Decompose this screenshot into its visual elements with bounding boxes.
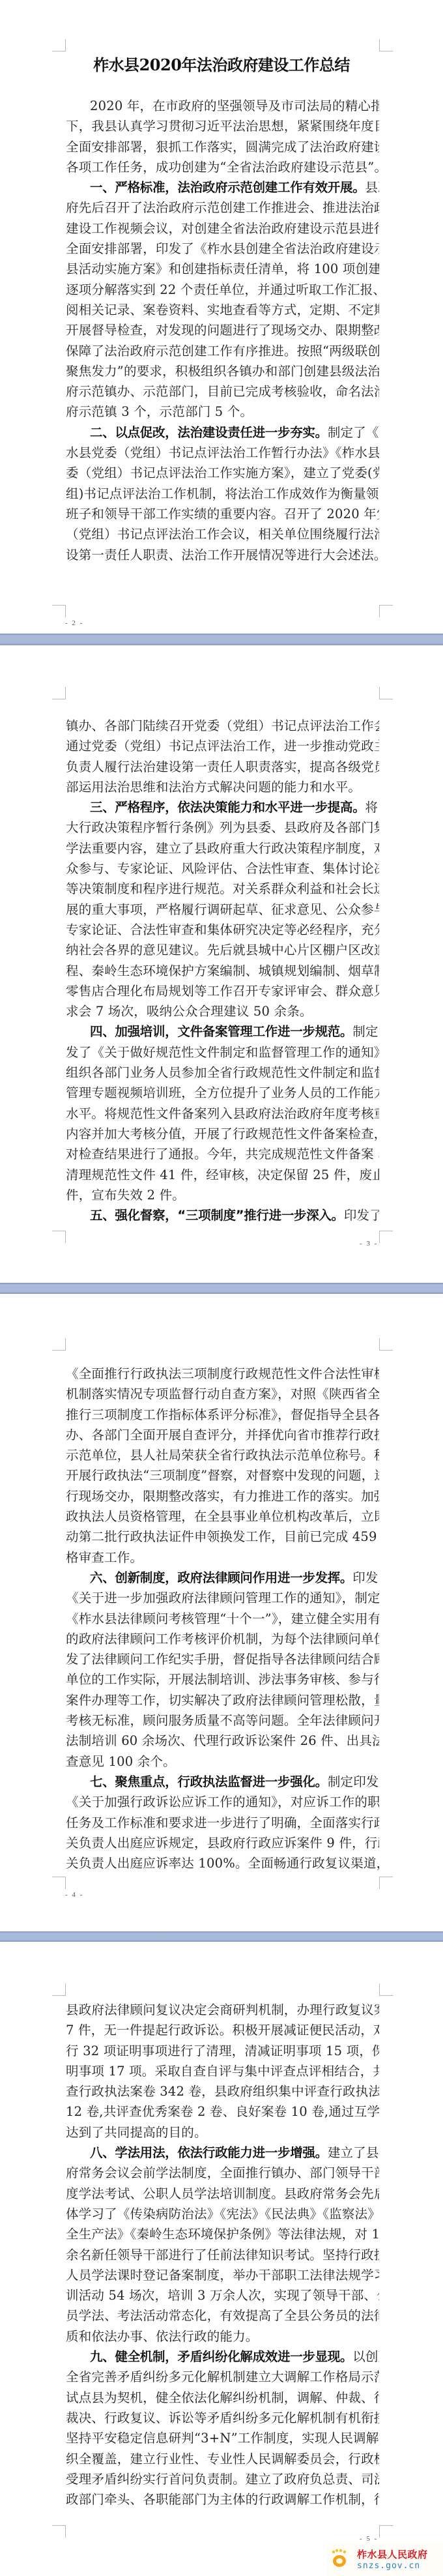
line-text: 以创建	[352, 2349, 379, 2364]
line-text: 试点县为契机，健全依法化解纠纷机制，调解、仲裁、行政	[66, 2390, 379, 2405]
line-text: 建立了县政	[328, 2145, 379, 2160]
body-text-line: 内容并加大考核分值，开展了行政规范性文件备案检查，并	[66, 1124, 379, 1144]
page-body: 《全面推行行政执法三项制度行政规范性文件合法性审核机制落实情况专项监督行动自查方…	[66, 1364, 379, 1873]
section-heading-line: 八、学法用法，依法行政能力进一步增强。建立了县政	[66, 2143, 379, 2163]
margin-corner-mark	[379, 687, 393, 699]
line-text: 下，我县认真学习贯彻习近平法治思想，紧紧围绕年度目标，	[66, 119, 379, 134]
line-text: 印发了	[344, 1208, 379, 1223]
line-text: 《关于进一步加强政府法律顾问管理工作的通知》，制定了	[66, 1590, 379, 1605]
section-heading: 四、加强培训，文件备案管理工作进一步规范。	[90, 1024, 352, 1039]
body-text-line: 府常务会议会前学法制度，全面推行镇办、部门领导干部年	[66, 2163, 379, 2183]
body-text-line: 各项工作任务，成功创建为“全省法治政府建设示范县”。	[66, 157, 379, 177]
body-text-line: 对检查结果进行了通报。今年，共完成规范性文件备案 3 件，	[66, 1144, 379, 1164]
line-text: 员学法、考法活动常态化，有效提高了全县公务员的法律素	[66, 2308, 379, 2323]
body-text-line: 坚持平安稳定信息研判“3+N”工作制度，实现人民调解组	[66, 2428, 379, 2448]
section-heading: 七、聚焦重点，行政执法监督进一步强化。	[90, 1774, 328, 1789]
margin-corner-mark	[52, 1983, 66, 1996]
line-text: 的政府法律顾问工作考核评价机制，为每个法律顾问单位制	[66, 1632, 379, 1647]
page-number: - 4 -	[65, 1891, 83, 1899]
margin-corner-mark	[379, 1983, 393, 1996]
body-text-line: 质和依法办事、依法行政的能力。	[66, 2326, 379, 2347]
section-heading-line: 三、严格程序，依法决策能力和水平进一步提高。将《重	[66, 797, 379, 817]
margin-corner-mark	[379, 39, 393, 51]
body-text-line: 等决策制度和程序进行规范。对关系群众利益和社会长远发	[66, 879, 379, 899]
margin-corner-mark	[52, 1877, 66, 1889]
line-text: 裁决、行政复议、诉讼等矛盾纠纷多元化解机制有机衔接。	[66, 2410, 379, 2425]
line-text: 制定印发了	[328, 1774, 379, 1789]
body-text-line: 建设工作视频会议，对创建全省法治政府建设示范县进行了	[66, 218, 379, 239]
body-text-line: 全生产法》《秦岭生态环境保护条例》等法律法规，对 100	[66, 2224, 379, 2244]
line-text: 织全覆盖，建立行业性、专业性人民调解委员会，行政机关	[66, 2452, 379, 2466]
section-heading-line: 七、聚焦重点，行政执法监督进一步强化。制定印发了	[66, 1772, 379, 1792]
body-text-line: 《柞水县法律顾问考核管理“十个一”》，建立健全实用有效	[66, 1609, 379, 1629]
line-text: 受理矛盾纠纷实行首问负责制。建立了政府负总责、司法行	[66, 2472, 379, 2487]
body-text-line: 聚焦发力”的要求，积极组织各镇办和部门创建县级法治政	[66, 361, 379, 381]
margin-corner-mark	[379, 1231, 393, 1243]
line-text: 单位的工作实际，开展法制培训、涉法事务审核、参与行政	[66, 1672, 379, 1687]
body-text-line: 关负责人出庭应诉规定，县政府行政应诉案件 9 件，行政机	[66, 1833, 379, 1853]
body-text-line: 裁决、行政复议、诉讼等矛盾纠纷多元化解机制有机衔接。	[66, 2408, 379, 2428]
line-text: 镇办、各部门陆续召开党委（党组）书记点评法治工作会，	[66, 718, 379, 733]
line-text: 推行三项制度工作指标体系评分标准》，督促指导全县各镇	[66, 1407, 379, 1422]
document-page-3: 《全面推行行政执法三项制度行政规范性文件合法性审核机制落实情况专项监督行动自查方…	[0, 1294, 443, 1931]
line-text: 负责人履行法治建设第一责任人职责落实，提高各级党员干	[66, 759, 379, 774]
body-text-line: 水平。将规范性文件备案列入县政府法治政府年度考核重要	[66, 1104, 379, 1124]
line-text: 政部门牵头、各职能部门为主体的行政调解工作机制，行政	[66, 2492, 379, 2507]
line-text: 聚焦发力”的要求，积极组织各镇办和部门创建县级法治政	[66, 364, 379, 379]
line-text: 格审查工作。	[66, 1550, 143, 1565]
body-text-line: 保障了法治政府示范创建工作有序推进。按照“两级联创、	[66, 341, 379, 361]
line-text: 逐项分解落实到 22 个责任单位，并通过听取工作汇报、查	[66, 282, 379, 297]
body-text-line: 开展督导检查，对发现的问题进行了现场交办、限期整改，	[66, 320, 379, 340]
section-heading-line: 二、以点促改，法治建设责任进一步夯实。制定了《柞	[66, 422, 379, 443]
section-heading-line: 一、严格标准，法治政府示范创建工作有效开展。县政	[66, 177, 379, 198]
body-text-line: 员学法、考法活动常态化，有效提高了全县公务员的法律素	[66, 2305, 379, 2326]
line-text: 2020 年，在市政府的坚强领导及市司法局的精心指导	[90, 98, 379, 113]
line-text: 行现场交办，限期整改落实，有力推进工作的落实。加强行	[66, 1489, 379, 1504]
line-text: 委（党组）书记点评法治工作实施方案》，建立了党委(党	[66, 465, 379, 480]
body-text-line: 逐项分解落实到 22 个责任单位，并通过听取工作汇报、查	[66, 280, 379, 300]
line-text: 12 卷,共评查优秀案卷 2 卷、良好案卷 10 卷,通过互学互鉴,	[66, 2104, 379, 2119]
line-text: 全面安排部署，印发了《柞水县创建全省法治政府建设示范	[66, 241, 379, 256]
line-text: 组)书记点评法治工作机制，将法治工作成效作为衡量领导	[66, 486, 379, 501]
margin-corner-mark	[379, 1338, 393, 1351]
line-text: 开展行政执法“三项制度”督察，对督察中发现的问题，进	[66, 1468, 379, 1483]
line-text: 清理规范性文件 41 件，经审核，决定保留 25 件，废止 14	[66, 1167, 379, 1182]
body-text-line: 负责人履行法治建设第一责任人职责落实，提高各级党员干	[66, 757, 379, 777]
page-number: - 2 -	[65, 619, 83, 627]
margin-corner-mark	[379, 1877, 393, 1889]
body-text-line: 查行政执法案卷 342 卷，县政府组织集中评查行政执法案卷	[66, 2081, 379, 2101]
line-text: 全省完善矛盾纠纷多元化解机制建立大调解工作格局示范	[66, 2369, 379, 2384]
line-text: 将《重	[365, 800, 379, 815]
line-text: 对检查结果进行了通报。今年，共完成规范性文件备案 3 件，	[66, 1147, 379, 1162]
body-text-line: 学法重要内容，建立了县政府重大行政决策程序制度，对公	[66, 838, 379, 858]
margin-corner-mark	[52, 39, 66, 51]
line-text: 求会 7 场次，吸纳公众合理建议 50 余条。	[66, 1004, 313, 1019]
body-text-line: 训活动 54 场次，培训 3 万余人次，实现了领导干部、公务	[66, 2285, 379, 2305]
line-text: 府示范镇 3 个，示范部门 5 个。	[66, 404, 253, 419]
watermark-site-url: snzs.gov.cn	[357, 2561, 420, 2571]
line-text: 考核无标准，顾问服务质量不高等问题。全年法律顾问开展	[66, 1713, 379, 1728]
body-text-line: 《关于进一步加强政府法律顾问管理工作的通知》，制定了	[66, 1588, 379, 1608]
line-text: 展的重大事项，严格履行调研起草、征求意见、公众参与、	[66, 902, 379, 917]
body-text-line: 动第二批行政执法证件申领换发工作，目前已完成 459 人资	[66, 1527, 379, 1547]
body-text-line: 通过党委（党组）书记点评法治工作，进一步推动党政主要	[66, 736, 379, 756]
line-text: 达到了共同提高的目的。	[66, 2125, 207, 2140]
line-text: 通过党委（党组）书记点评法治工作，进一步推动党政主要	[66, 739, 379, 754]
margin-corner-mark	[52, 1338, 66, 1351]
body-text-line: 组)书记点评法治工作机制，将法治工作成效作为衡量领导	[66, 484, 379, 504]
body-text-line: （党组）书记点评法治工作会议，相关单位围绕履行法治建	[66, 524, 379, 544]
body-text-line: 零售店合理化布局规划等工作召开专家评审会、群众意见征	[66, 981, 379, 1001]
body-text-line: 班子和领导干部工作实绩的重要内容。召开了 2020 年党委	[66, 504, 379, 524]
page-number: - 3 -	[360, 1240, 378, 1248]
body-text-line: 发了《关于做好规范性文件制定和监督管理工作的通知》，	[66, 1042, 379, 1062]
section-heading: 二、以点促改，法治建设责任进一步夯实。	[90, 425, 328, 440]
paw-logo-icon	[331, 2549, 348, 2568]
line-text: 众参与、专家论证、风险评估、合法性审查、集体讨论决定	[66, 861, 379, 876]
document-title: 柞水县2020年法治政府建设工作总结	[0, 52, 443, 75]
body-text-line: 考核无标准，顾问服务质量不高等问题。全年法律顾问开展	[66, 1710, 379, 1731]
line-text: 班子和领导干部工作实绩的重要内容。召开了 2020 年党委	[66, 506, 379, 521]
line-text: 组织各部门业务人员参加全省行政规范性文件制定和监督	[66, 1065, 379, 1080]
body-text-line: 展的重大事项，严格履行调研起草、征求意见、公众参与、	[66, 900, 379, 920]
line-text: 任务及工作标准和要求进一步进行了明确，全面落实行政机	[66, 1815, 379, 1830]
line-text: 各项工作任务，成功创建为“全省法治政府建设示范县”。	[66, 160, 379, 175]
body-text-line: 下，我县认真学习贯彻习近平法治思想，紧紧围绕年度目标，	[66, 116, 379, 136]
line-text: 程、秦岭生态环境保护方案编制、城镇规划编制、烟草制品	[66, 963, 379, 978]
body-text-line: 管理专题视频培训班，全方位提升了业务人员的工作能力和	[66, 1083, 379, 1103]
line-text: 全生产法》《秦岭生态环境保护条例》等法律法规，对 100	[66, 2227, 379, 2242]
section-heading: 八、学法用法，依法行政能力进一步增强。	[90, 2145, 328, 2160]
line-text: 人员学法课时登记备案制度，举办干部职工法律法规学习培	[66, 2268, 379, 2283]
body-text-line: 阅相关记录、案卷资料、实地查看等方式，定期、不定期地	[66, 300, 379, 320]
line-text: 《关于加强行政诉讼应诉工作的通知》，对应诉工作的职责	[66, 1794, 379, 1809]
body-text-line: 机制落实情况专项监督行动自查方案》，对照《陕西省全面	[66, 1384, 379, 1404]
watermark-site-name: 柞水县人民政府	[357, 2547, 428, 2561]
body-text-line: 度学法考试、公职人员学法培训制度。县政府常务会先后集	[66, 2184, 379, 2204]
line-text: 零售店合理化布局规划等工作召开专家评审会、群众意见征	[66, 984, 379, 999]
line-text: 《柞水县法律顾问考核管理“十个一”》，建立健全实用有效	[66, 1611, 379, 1626]
page-separator	[0, 1931, 443, 1942]
line-text: 动第二批行政执法证件申领换发工作，目前已完成 459 人资	[66, 1529, 379, 1544]
body-text-line: 部运用法治思维和法治方式解决问题的能力和水平。	[66, 777, 379, 797]
line-text: 度学法考试、公职人员学法培训制度。县政府常务会先后集	[66, 2186, 379, 2201]
body-text-line: 试点县为契机，健全依法化解纠纷机制，调解、仲裁、行政	[66, 2388, 379, 2408]
line-text: 发了法律顾问工作纪实手册，督促指导各法律顾问结合顾问	[66, 1652, 379, 1667]
line-text: 行 32 项证明事项进行了清理，清减证明事项 15 项，保留证	[66, 2043, 379, 2058]
body-text-line: 专家论证、合法性审查和集体研究决定等必经程序，充分吸	[66, 920, 379, 940]
line-text: 建设工作视频会议，对创建全省法治政府建设示范县进行了	[66, 221, 379, 236]
body-text-line: 任务及工作标准和要求进一步进行了明确，全面落实行政机	[66, 1813, 379, 1833]
body-text-line: 求会 7 场次，吸纳公众合理建议 50 余条。	[66, 1001, 379, 1021]
margin-corner-mark	[52, 687, 66, 699]
body-text-line: 示范单位，县人社局荣获全省行政执法示范单位称号。积极	[66, 1445, 379, 1465]
section-heading-line: 九、健全机制，矛盾纠纷化解成效进一步显现。以创建	[66, 2347, 379, 2367]
body-text-line: 查意见 100 余个。	[66, 1751, 379, 1772]
body-text-line: 人员学法课时登记备案制度，举办干部职工法律法规学习培	[66, 2265, 379, 2285]
line-text: 专家论证、合法性审查和集体研究决定等必经程序，充分吸	[66, 922, 379, 937]
margin-corner-mark	[379, 605, 393, 617]
line-text: 县活动实施方案》和创建指标责任清单，将 100 项创建指标，	[66, 261, 379, 276]
line-text: 关负责人出庭应诉规定，县政府行政应诉案件 9 件，行政机	[66, 1836, 379, 1851]
line-text: 纳社会各界的意见建议。先后就县城中心片区棚户区改造工	[66, 943, 379, 958]
body-text-line: 府先后召开了法治政府示范创建工作推进会、推进法治政府	[66, 198, 379, 218]
body-text-line: 政执法人员资格管理，在全县事业单位机构改革后，立即启	[66, 1506, 379, 1527]
body-text-line: 行 32 项证明事项进行了清理，清减证明事项 15 项，保留证	[66, 2041, 379, 2061]
line-text: 开展督导检查，对发现的问题进行了现场交办、限期整改，	[66, 323, 379, 338]
section-heading: 一、严格标准，法治政府示范创建工作有效开展。	[90, 180, 365, 195]
margin-corner-mark	[52, 605, 66, 617]
body-text-line: 体学习了《传染病防治法》《宪法》《民法典》《监察法》《安	[66, 2204, 379, 2224]
line-text: 制定印	[352, 1024, 379, 1039]
body-text-line: 单位的工作实际，开展法制培训、涉法事务审核、参与行政	[66, 1669, 379, 1690]
line-text: 法制培训 60 余场次、代理行政诉讼案件 26 件、出具法律审	[66, 1733, 379, 1748]
section-heading-line: 四、加强培训，文件备案管理工作进一步规范。制定印	[66, 1021, 379, 1042]
margin-corner-mark	[52, 1231, 66, 1243]
page-separator	[0, 634, 443, 645]
line-text: 查意见 100 余个。	[66, 1754, 176, 1769]
body-text-line: 程、秦岭生态环境保护方案编制、城镇规划编制、烟草制品	[66, 961, 379, 981]
line-text: 府示范镇办、示范部门，目前已完成考核验收，命名法治政	[66, 384, 379, 399]
section-heading: 六、创新制度，政府法律顾问作用进一步发挥。	[90, 1570, 352, 1585]
line-text: 示范单位，县人社局荣获全省行政执法示范单位称号。积极	[66, 1448, 379, 1463]
section-heading: 九、健全机制，矛盾纠纷化解成效进一步显现。	[90, 2349, 352, 2364]
line-text: （党组）书记点评法治工作会议，相关单位围绕履行法治建	[66, 527, 379, 542]
body-text-line: 织全覆盖，建立行业性、专业性人民调解委员会，行政机关	[66, 2449, 379, 2469]
site-watermark: 柞水县人民政府 snzs.gov.cn	[327, 2542, 443, 2576]
body-text-line: 县政府法律顾问复议决定会商研判机制，办理行政复议案件	[66, 2000, 379, 2020]
body-text-line: 受理矛盾纠纷实行首问负责制。建立了政府负总责、司法行	[66, 2469, 379, 2489]
body-text-line: 众参与、专家论证、风险评估、合法性审查、集体讨论决定	[66, 858, 379, 879]
line-text: 件，宣布失效 2 件。	[66, 1188, 185, 1203]
line-text: 全面安排部署，狠抓工作落实，圆满完成了法治政府建设的	[66, 139, 379, 154]
line-text: 政执法人员资格管理，在全县事业单位机构改革后，立即启	[66, 1509, 379, 1524]
line-text: 保障了法治政府示范创建工作有序推进。按照“两级联创、	[66, 344, 379, 359]
body-text-line: 明事项 17 项。采取自查自评与集中评查点评相结合，共自	[66, 2061, 379, 2081]
body-text-line: 全面安排部署，狠抓工作落实，圆满完成了法治政府建设的	[66, 137, 379, 157]
body-text-line: 法制培训 60 余场次、代理行政诉讼案件 26 件、出具法律审	[66, 1731, 379, 1751]
margin-corner-mark	[379, 2525, 393, 2538]
line-text: 设第一责任人职责、法治工作开展情况等进行大会述法。各	[66, 548, 379, 563]
line-text: 明事项 17 项。采取自查自评与集中评查点评相结合，共自	[66, 2064, 379, 2079]
body-text-line: 推行三项制度工作指标体系评分标准》，督促指导全县各镇	[66, 1405, 379, 1425]
body-text-line: 7 件，无一件提起行政诉讼。积极开展减证便民活动，对现	[66, 2020, 379, 2040]
line-text: 查行政执法案卷 342 卷，县政府组织集中评查行政执法案卷	[66, 2084, 379, 2099]
document-page-2: 镇办、各部门陆续召开党委（党组）书记点评法治工作会，通过党委（党组）书记点评法治…	[0, 645, 443, 1283]
line-text: 《全面推行行政执法三项制度行政规范性文件合法性审核	[66, 1366, 379, 1381]
body-text-line: 全面安排部署，印发了《柞水县创建全省法治政府建设示范	[66, 239, 379, 259]
line-text: 7 件，无一件提起行政诉讼。积极开展减证便民活动，对现	[66, 2023, 379, 2038]
line-text: 办、各部门全面开展自查评分，并择优向省市推荐行政执法	[66, 1427, 379, 1442]
section-heading-line: 六、创新制度，政府法律顾问作用进一步发挥。印发了	[66, 1568, 379, 1588]
line-text: 水平。将规范性文件备案列入县政府法治政府年度考核重要	[66, 1106, 379, 1121]
document-page-4: 县政府法律顾问复议决定会商研判机制，办理行政复议案件7 件，无一件提起行政诉讼。…	[0, 1942, 443, 2576]
body-text-line: 政部门牵头、各职能部门为主体的行政调解工作机制，行政	[66, 2489, 379, 2510]
line-text: 关负责人出庭应诉率达 100%。全面畅通行政复议渠道，引入	[66, 1856, 379, 1871]
body-text-line: 大行政决策程序暂行条例》列为县委、县政府及各部门集体	[66, 817, 379, 838]
body-text-line: 行现场交办，限期整改落实，有力推进工作的落实。加强行	[66, 1486, 379, 1506]
body-text-line: 委（党组）书记点评法治工作实施方案》，建立了党委(党	[66, 463, 379, 483]
body-text-line: 关负责人出庭应诉率达 100%。全面畅通行政复议渠道，引入	[66, 1853, 379, 1873]
line-text: 学法重要内容，建立了县政府重大行政决策程序制度，对公	[66, 841, 379, 856]
line-text: 县政	[365, 180, 379, 195]
line-text: 水县党委（党组）书记点评法治工作暂行办法》《柞水县党	[66, 445, 379, 460]
page-separator	[0, 1283, 443, 1294]
line-text: 等决策制度和程序进行规范。对关系群众利益和社会长远发	[66, 881, 379, 896]
body-text-line: 全省完善矛盾纠纷多元化解机制建立大调解工作格局示范	[66, 2367, 379, 2387]
body-text-line: 办、各部门全面开展自查评分，并择优向省市推荐行政执法	[66, 1425, 379, 1445]
body-text-line: 镇办、各部门陆续召开党委（党组）书记点评法治工作会，	[66, 716, 379, 736]
body-text-line: 《全面推行行政执法三项制度行政规范性文件合法性审核	[66, 1364, 379, 1384]
line-text: 案件办理等工作，切实解决了政府法律顾问管理松散，量化	[66, 1693, 379, 1708]
body-text-line: 县活动实施方案》和创建指标责任清单，将 100 项创建指标，	[66, 259, 379, 279]
body-text-line: 余名新任领导干部进行了任前法律知识考试。坚持行政执法	[66, 2245, 379, 2265]
line-text: 印发了	[352, 1570, 379, 1585]
body-text-line: 清理规范性文件 41 件，经审核，决定保留 25 件，废止 14	[66, 1165, 379, 1185]
body-text-line: 府示范镇办、示范部门，目前已完成考核验收，命名法治政	[66, 381, 379, 402]
body-text-line: 发了法律顾问工作纪实手册，督促指导各法律顾问结合顾问	[66, 1649, 379, 1669]
body-text-line: 《关于加强行政诉讼应诉工作的通知》，对应诉工作的职责	[66, 1792, 379, 1812]
line-text: 阅相关记录、案卷资料、实地查看等方式，定期、不定期地	[66, 302, 379, 317]
body-text-line: 开展行政执法“三项制度”督察，对督察中发现的问题，进	[66, 1465, 379, 1486]
page-body: 镇办、各部门陆续召开党委（党组）书记点评法治工作会，通过党委（党组）书记点评法治…	[66, 716, 379, 1225]
body-text-line: 组织各部门业务人员参加全省行政规范性文件制定和监督	[66, 1062, 379, 1083]
page-body: 县政府法律顾问复议决定会商研判机制，办理行政复议案件7 件，无一件提起行政诉讼。…	[66, 2000, 379, 2510]
line-text: 制定了《柞	[328, 425, 379, 440]
section-heading: 五、强化督察，“三项制度”推行进一步深入。	[90, 1208, 344, 1223]
body-text-line: 件，宣布失效 2 件。	[66, 1185, 379, 1205]
line-text: 部运用法治思维和法治方式解决问题的能力和水平。	[66, 780, 361, 795]
body-text-line: 纳社会各界的意见建议。先后就县城中心片区棚户区改造工	[66, 940, 379, 960]
line-text: 训活动 54 场次，培训 3 万余人次，实现了领导干部、公务	[66, 2288, 379, 2303]
body-text-line: 12 卷,共评查优秀案卷 2 卷、良好案卷 10 卷,通过互学互鉴,	[66, 2101, 379, 2122]
line-text: 余名新任领导干部进行了任前法律知识考试。坚持行政执法	[66, 2247, 379, 2262]
body-text-line: 案件办理等工作，切实解决了政府法律顾问管理松散，量化	[66, 1690, 379, 1710]
body-text-line: 水县党委（党组）书记点评法治工作暂行办法》《柞水县党	[66, 443, 379, 463]
body-text-line: 的政府法律顾问工作考核评价机制，为每个法律顾问单位制	[66, 1629, 379, 1649]
line-text: 内容并加大考核分值，开展了行政规范性文件备案检查，并	[66, 1126, 379, 1141]
line-text: 发了《关于做好规范性文件制定和监督管理工作的通知》，	[66, 1045, 379, 1060]
document-page-1: 柞水县2020年法治政府建设工作总结 2020 年，在市政府的坚强领导及市司法局…	[0, 0, 443, 634]
body-text-line: 府示范镇 3 个，示范部门 5 个。	[66, 402, 379, 422]
margin-corner-mark	[52, 2525, 66, 2538]
line-text: 坚持平安稳定信息研判“3+N”工作制度，实现人民调解组	[66, 2431, 379, 2446]
body-text-line: 格审查工作。	[66, 1547, 379, 1568]
body-text-line: 设第一责任人职责、法治工作开展情况等进行大会述法。各	[66, 545, 379, 565]
line-text: 县政府法律顾问复议决定会商研判机制，办理行政复议案件	[66, 2002, 379, 2017]
line-text: 机制落实情况专项监督行动自查方案》，对照《陕西省全面	[66, 1386, 379, 1401]
line-text: 管理专题视频培训班，全方位提升了业务人员的工作能力和	[66, 1085, 379, 1100]
line-text: 体学习了《传染病防治法》《宪法》《民法典》《监察法》《安	[66, 2206, 379, 2221]
line-text: 府先后召开了法治政府示范创建工作推进会、推进法治政府	[66, 200, 379, 215]
line-text: 府常务会议会前学法制度，全面推行镇办、部门领导干部年	[66, 2165, 379, 2180]
body-text-line: 达到了共同提高的目的。	[66, 2122, 379, 2143]
line-text: 大行政决策程序暂行条例》列为县委、县政府及各部门集体	[66, 820, 379, 835]
page-body: 2020 年，在市政府的坚强领导及市司法局的精心指导下，我县认真学习贯彻习近平法…	[66, 96, 379, 565]
body-text-line: 2020 年，在市政府的坚强领导及市司法局的精心指导	[66, 96, 379, 116]
section-heading: 三、严格程序，依法决策能力和水平进一步提高。	[90, 800, 365, 815]
line-text: 质和依法办事、依法行政的能力。	[66, 2329, 259, 2344]
section-heading-line: 五、强化督察，“三项制度”推行进一步深入。印发了	[66, 1205, 379, 1225]
